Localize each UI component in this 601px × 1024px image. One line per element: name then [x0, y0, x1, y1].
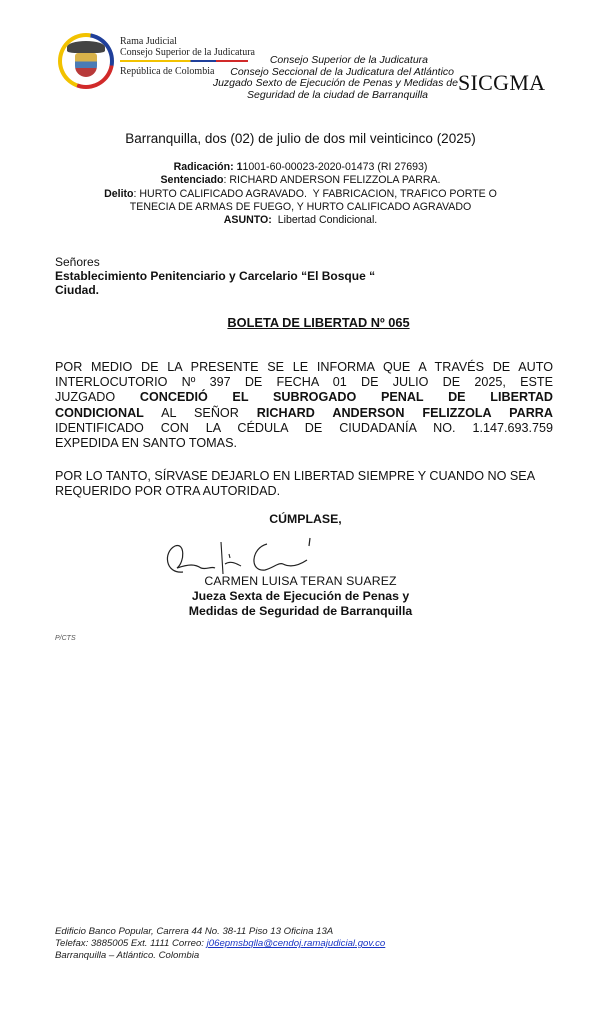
addressee-city: Ciudad.	[55, 283, 99, 297]
asunto-line: ASUNTO: Libertad Condicional.	[0, 214, 601, 227]
signer-role-line2: Medidas de Seguridad de Barranquilla	[189, 604, 412, 618]
salutation: Señores	[55, 255, 375, 269]
footer-address: Edificio Banco Popular, Carrera 44 No. 3…	[55, 926, 385, 938]
body-line-4-bold2: RICHARD ANDERSON FELIZZOLA PARRA	[257, 406, 553, 420]
sentenciado-label: Sentenciado	[160, 174, 223, 186]
initials: P/CTS	[55, 635, 76, 642]
body-line-1: POR MEDIO DE LA PRESENTE SE LE INFORMA Q…	[55, 360, 553, 375]
addressee-block: Señores Establecimiento Penitenciario y …	[55, 255, 375, 297]
radicacion-value: 1001-60-00023-2020-01473 (RI 27693)	[242, 161, 427, 173]
signer-block: CARMEN LUISA TERAN SUAREZ Jueza Sexta de…	[0, 574, 601, 619]
document-title: BOLETA DE LIBERTAD Nº 065	[0, 315, 601, 330]
body-line-3-pre: JUZGADO	[55, 390, 140, 404]
shield-icon	[75, 53, 97, 77]
delito-value-line1: : HURTO CALIFICADO AGRAVADO. Y FABRICACI…	[134, 188, 497, 200]
coat-of-arms-icon	[62, 37, 110, 85]
addressee-institution: Establecimiento Penitenciario y Carcelar…	[55, 269, 375, 283]
radicacion-line: Radicación: 11001-60-00023-2020-01473 (R…	[0, 161, 601, 174]
radicacion-label: Radicación:	[174, 161, 237, 173]
footer-contact: Telefax: 3885005 Ext. 1111 Correo: j06ep…	[55, 938, 385, 950]
asunto-label: ASUNTO:	[224, 214, 272, 226]
body-line-5: IDENTIFICADO CON LA CÉDULA DE CIUDADANÍA…	[55, 421, 553, 436]
delito-label: Delito	[104, 188, 133, 200]
office-line-3: Juzgado Sexto de Ejecución de Penas y Me…	[200, 78, 458, 90]
delito-line-2: TENECIA DE ARMAS DE FUEGO, Y HURTO CALIF…	[0, 201, 601, 214]
system-name: SICGMA	[458, 70, 545, 96]
date-line: Barranquilla, dos (02) de julio de dos m…	[0, 131, 601, 146]
sentenciado-value: : RICHARD ANDERSON FELIZZOLA PARRA.	[223, 174, 440, 186]
asunto-value: Libertad Condicional.	[272, 214, 377, 226]
body-line-3-bold: CONCEDIÓ EL SUBROGADO PENAL DE LIBERTAD	[140, 390, 553, 404]
body-line-2: INTERLOCUTORIO Nº 397 DE FECHA 01 DE JUL…	[55, 375, 553, 390]
closing: CÚMPLASE,	[0, 512, 601, 526]
footer-telefax: Telefax: 3885005 Ext. 1111 Correo:	[55, 938, 207, 949]
body-paragraph-1: POR MEDIO DE LA PRESENTE SE LE INFORMA Q…	[55, 360, 553, 451]
body-line-4: CONDICIONAL AL SEÑOR RICHARD ANDERSON FE…	[55, 406, 553, 421]
condor-icon	[67, 41, 105, 53]
body-line-4-mid: AL SEÑOR	[144, 406, 257, 420]
office-line-4: Seguridad de la ciudad de Barranquilla	[200, 90, 458, 102]
signer-role-line1: Jueza Sexta de Ejecución de Penas y	[192, 589, 409, 603]
body-line-3: JUZGADO CONCEDIÓ EL SUBROGADO PENAL DE L…	[55, 390, 553, 405]
office-header: Consejo Superior de la Judicatura Consej…	[200, 55, 458, 101]
footer-email-link[interactable]: j06epmsbqlla@cendoj.ramajudicial.gov.co	[207, 938, 386, 949]
body-line-6: EXPEDIDA EN SANTO TOMAS.	[55, 436, 553, 451]
institution-line1: Rama Judicial	[120, 36, 255, 47]
signer-name: CARMEN LUISA TERAN SUAREZ	[0, 574, 601, 589]
body-line-4-bold1: CONDICIONAL	[55, 406, 144, 420]
rama-judicial-logo-icon	[58, 33, 114, 89]
body-paragraph-2: POR LO TANTO, SÍRVASE DEJARLO EN LIBERTA…	[55, 469, 553, 499]
sentenciado-line: Sentenciado: RICHARD ANDERSON FELIZZOLA …	[0, 174, 601, 187]
footer-city: Barranquilla – Atlántico. Colombia	[55, 950, 385, 962]
case-references: Radicación: 11001-60-00023-2020-01473 (R…	[0, 161, 601, 227]
delito-line: Delito: HURTO CALIFICADO AGRAVADO. Y FAB…	[0, 188, 601, 201]
footer: Edificio Banco Popular, Carrera 44 No. 3…	[55, 926, 385, 962]
office-line-1: Consejo Superior de la Judicatura	[200, 55, 458, 67]
